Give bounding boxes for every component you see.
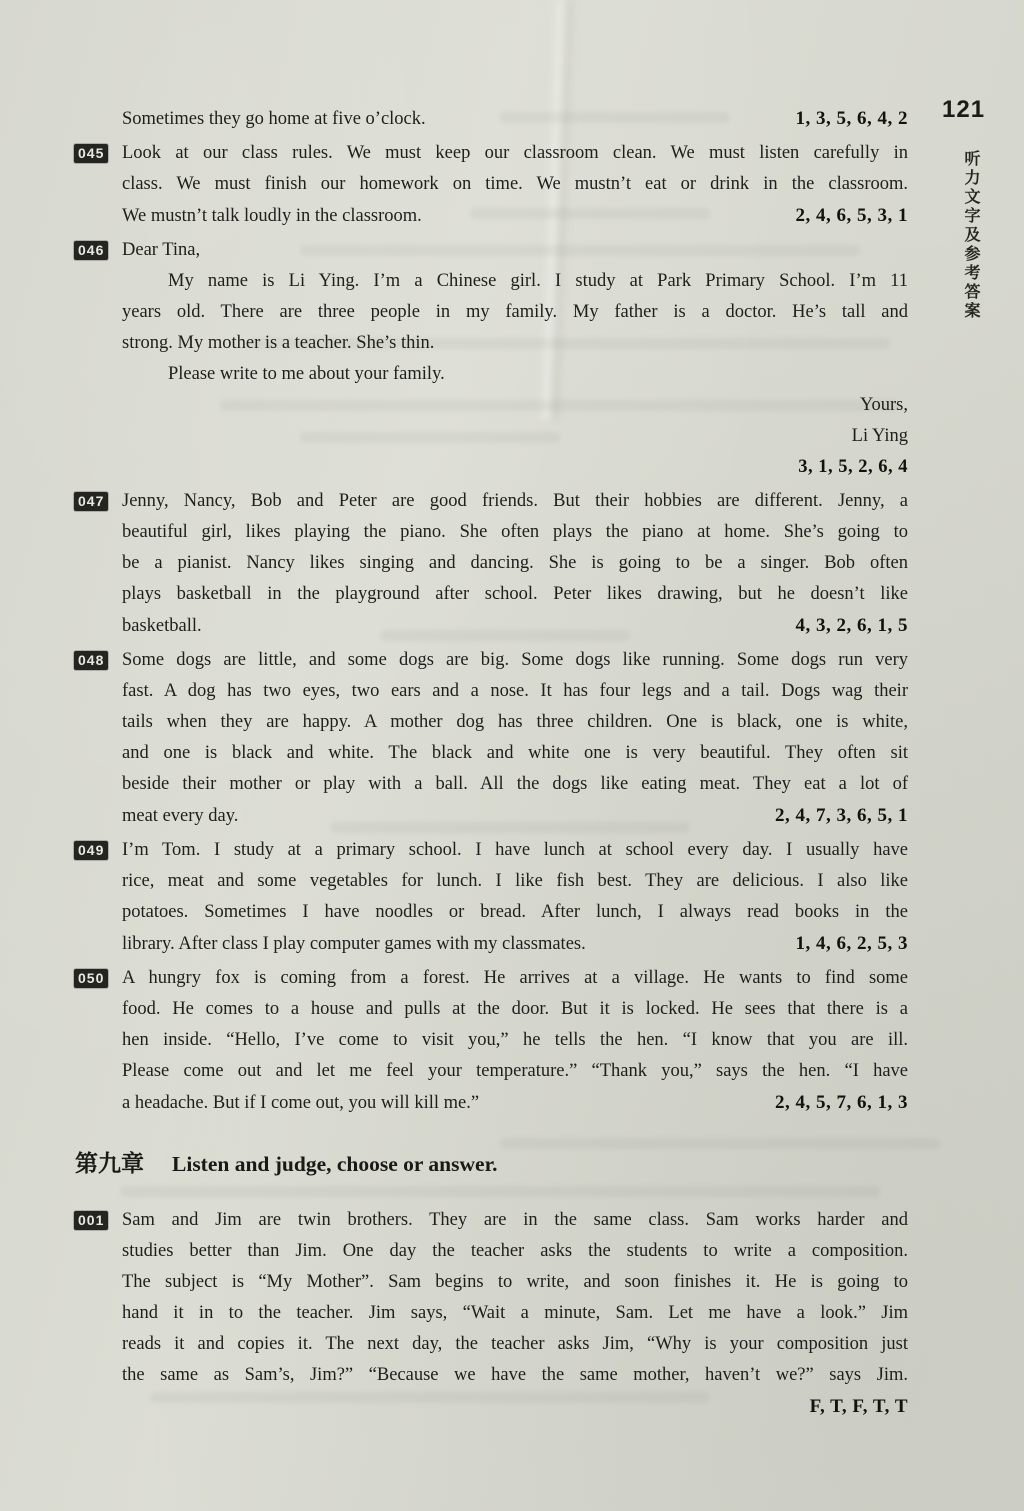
line-text: and one is black and white. The black an…: [122, 738, 908, 769]
line-text: beautiful girl, likes playing the piano.…: [122, 517, 908, 548]
passage-line: beautiful girl, likes playing the piano.…: [122, 517, 908, 548]
passage-line: meat every day.2, 4, 7, 3, 6, 5, 1: [122, 800, 908, 832]
passage-line: food. He comes to a house and pulls at t…: [122, 994, 908, 1025]
line-text: the same as Sam’s, Jim?” “Because we hav…: [122, 1360, 908, 1391]
passage-line: Sometimes they go home at five o’clock.1…: [122, 103, 908, 135]
line-text: My name is Li Ying. I’m a Chinese girl. …: [168, 266, 908, 297]
line-text: Please come out and let me feel your tem…: [122, 1056, 908, 1087]
passage-line: a headache. But if I come out, you will …: [122, 1087, 908, 1119]
passage: Sometimes they go home at five o’clock.1…: [122, 103, 908, 135]
passage-line: hen inside. “Hello, I’ve come to visit y…: [122, 1025, 908, 1056]
passage-line: 046Dear Tina,: [122, 235, 908, 266]
passage-line: 045Look at our class rules. We must keep…: [122, 138, 908, 169]
passage-line: Please write to me about your family.: [122, 359, 908, 390]
line-text: 3, 1, 5, 2, 6, 4: [798, 457, 908, 477]
transcript-content: Sometimes they go home at five o’clock.1…: [122, 103, 908, 1425]
answer-sequence: 2, 4, 6, 5, 3, 1: [796, 200, 909, 231]
passage-line: hand it in to the teacher. Jim says, “Wa…: [122, 1298, 908, 1329]
track-number-badge: 048: [74, 651, 108, 670]
line-text: Jenny, Nancy, Bob and Peter are good fri…: [122, 486, 908, 517]
passage-line: My name is Li Ying. I’m a Chinese girl. …: [122, 266, 908, 297]
passage-line: class. We must finish our homework on ti…: [122, 169, 908, 200]
line-text: food. He comes to a house and pulls at t…: [122, 994, 908, 1025]
scanned-book-page: 121 听力文字及参考答案 Sometimes they go home at …: [0, 0, 1024, 1511]
passage-line: F, T, F, T, T: [122, 1391, 908, 1422]
passage-line: rice, meat and some vegetables for lunch…: [122, 866, 908, 897]
line-text: potatoes. Sometimes I have noodles or br…: [122, 897, 908, 928]
line-text: studies better than Jim. One day the tea…: [122, 1236, 908, 1267]
track-number-badge: 001: [74, 1211, 108, 1230]
passage: 049I’m Tom. I study at a primary school.…: [122, 835, 908, 960]
passage-line: basketball.4, 3, 2, 6, 1, 5: [122, 610, 908, 642]
passage-line: reads it and copies it. The next day, th…: [122, 1329, 908, 1360]
passage: 050A hungry fox is coming from a forest.…: [122, 963, 908, 1119]
line-text: Please write to me about your family.: [168, 359, 908, 390]
passage-line: Yours,: [122, 390, 908, 421]
passage-line: library. After class I play computer gam…: [122, 928, 908, 960]
line-text: The subject is “My Mother”. Sam begins t…: [122, 1267, 908, 1298]
answer-sequence: F, T, F, T, T: [810, 1391, 908, 1422]
passage: 046Dear Tina,My name is Li Ying. I’m a C…: [122, 235, 908, 483]
line-text: strong. My mother is a teacher. She’s th…: [122, 328, 908, 359]
line-text: reads it and copies it. The next day, th…: [122, 1329, 908, 1360]
passage-line: plays basketball in the playground after…: [122, 579, 908, 610]
track-number-badge: 045: [74, 144, 108, 163]
line-text: beside their mother or play with a ball.…: [122, 769, 908, 800]
answer-sequence: 2, 4, 7, 3, 6, 5, 1: [775, 800, 908, 831]
chapter-number: 第九章: [75, 1150, 144, 1176]
passage-line: fast. A dog has two eyes, two ears and a…: [122, 676, 908, 707]
passage-line: Please come out and let me feel your tem…: [122, 1056, 908, 1087]
line-text: basketball.: [122, 611, 202, 642]
line-text: Sometimes they go home at five o’clock.: [122, 104, 426, 135]
line-text: Li Ying: [852, 426, 908, 446]
passage-line: 049I’m Tom. I study at a primary school.…: [122, 835, 908, 866]
line-text: fast. A dog has two eyes, two ears and a…: [122, 676, 908, 707]
line-text: We mustn’t talk loudly in the classroom.: [122, 201, 422, 232]
line-text: plays basketball in the playground after…: [122, 579, 908, 610]
line-text: Yours,: [860, 395, 908, 415]
line-text: tails when they are happy. A mother dog …: [122, 707, 908, 738]
passage-line: 048Some dogs are little, and some dogs a…: [122, 645, 908, 676]
passage-line: the same as Sam’s, Jim?” “Because we hav…: [122, 1360, 908, 1391]
chapter-title: Listen and judge, choose or answer.: [172, 1152, 498, 1176]
line-text: be a pianist. Nancy likes singing and da…: [122, 548, 908, 579]
passage-line: beside their mother or play with a ball.…: [122, 769, 908, 800]
page-number: 121: [942, 96, 985, 124]
passage-line: potatoes. Sometimes I have noodles or br…: [122, 897, 908, 928]
track-number-badge: 050: [74, 969, 108, 988]
answer-sequence: 1, 3, 5, 6, 4, 2: [796, 103, 909, 134]
line-text: A hungry fox is coming from a forest. He…: [122, 963, 908, 994]
passage: 045Look at our class rules. We must keep…: [122, 138, 908, 232]
line-text: Some dogs are little, and some dogs are …: [122, 645, 908, 676]
passage: 048Some dogs are little, and some dogs a…: [122, 645, 908, 832]
passage-line: 001Sam and Jim are twin brothers. They a…: [122, 1205, 908, 1236]
line-text: Sam and Jim are twin brothers. They are …: [122, 1205, 908, 1236]
passage-line: tails when they are happy. A mother dog …: [122, 707, 908, 738]
line-text: hen inside. “Hello, I’ve come to visit y…: [122, 1025, 908, 1056]
passage-line: 3, 1, 5, 2, 6, 4: [122, 452, 908, 483]
passage-line: We mustn’t talk loudly in the classroom.…: [122, 200, 908, 232]
side-caption: 听力文字及参考答案: [959, 150, 982, 321]
passage-line: The subject is “My Mother”. Sam begins t…: [122, 1267, 908, 1298]
answer-sequence: 4, 3, 2, 6, 1, 5: [796, 610, 909, 641]
passage-line: studies better than Jim. One day the tea…: [122, 1236, 908, 1267]
line-text: library. After class I play computer gam…: [122, 929, 586, 960]
track-number-badge: 047: [74, 492, 108, 511]
line-text: years old. There are three people in my …: [122, 297, 908, 328]
chapter-heading: 第九章Listen and judge, choose or answer.: [75, 1145, 908, 1185]
passage-line: strong. My mother is a teacher. She’s th…: [122, 328, 908, 359]
answer-sequence: 2, 4, 5, 7, 6, 1, 3: [775, 1087, 908, 1118]
line-text: meat every day.: [122, 801, 238, 832]
line-text: a headache. But if I come out, you will …: [122, 1088, 479, 1119]
track-number-badge: 046: [74, 241, 108, 260]
passage-line: Li Ying: [122, 421, 908, 452]
answer-sequence: 1, 4, 6, 2, 5, 3: [796, 928, 909, 959]
passage: 047Jenny, Nancy, Bob and Peter are good …: [122, 486, 908, 642]
line-text: class. We must finish our homework on ti…: [122, 169, 908, 200]
passage-line: years old. There are three people in my …: [122, 297, 908, 328]
passage-line: and one is black and white. The black an…: [122, 738, 908, 769]
line-text: rice, meat and some vegetables for lunch…: [122, 866, 908, 897]
line-text: Dear Tina,: [122, 235, 908, 266]
passage: 001Sam and Jim are twin brothers. They a…: [122, 1205, 908, 1422]
passage-line: 050A hungry fox is coming from a forest.…: [122, 963, 908, 994]
passage-line: 047Jenny, Nancy, Bob and Peter are good …: [122, 486, 908, 517]
track-number-badge: 049: [74, 841, 108, 860]
line-text: I’m Tom. I study at a primary school. I …: [122, 835, 908, 866]
passage-line: be a pianist. Nancy likes singing and da…: [122, 548, 908, 579]
line-text: Look at our class rules. We must keep ou…: [122, 138, 908, 169]
line-text: hand it in to the teacher. Jim says, “Wa…: [122, 1298, 908, 1329]
